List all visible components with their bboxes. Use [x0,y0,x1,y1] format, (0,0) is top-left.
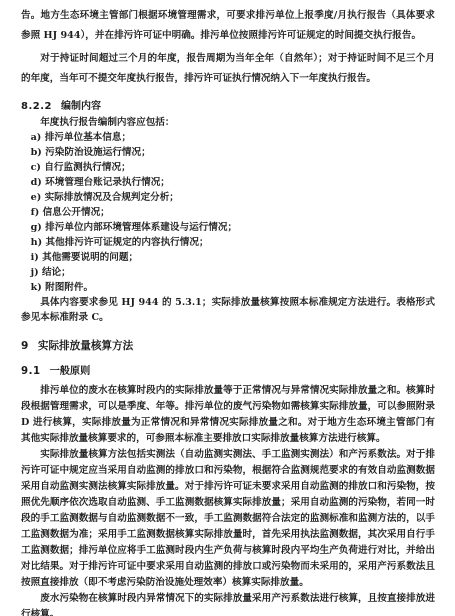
list-item-f: f) 信息公开情况； [21,205,435,220]
section-9-1-number: 9.1 [21,366,41,377]
list-item-a: a) 排污单位基本信息； [21,130,435,145]
section-9-heading: 9实际排放量核算方法 [21,338,435,353]
section-9-1-title: 一般原则 [50,366,91,377]
paragraph-general-principle-1: 排污单位的废水在核算时段内的实际排放量等于正常情况与异常情况实际排放量之和。核算… [21,383,435,447]
list-item-e: e) 实际排放情况及合规判定分析； [21,190,435,205]
list-item-j: j) 结论； [21,265,435,280]
document-page: 告。地方生态环境主管部门根据环境管理需求，可要求排污单位上报季度/月执行报告（具… [0,0,455,616]
annual-report-intro: 年度执行报告编制内容应包括： [21,115,435,130]
paragraph-content-requirements: 具体内容要求参见 HJ 944 的 5.3.1；实际排放量核算按照本标准规定方法… [21,295,435,325]
list-item-k: k) 附图附件。 [21,280,435,295]
section-9-1-heading: 9.1一般原则 [21,362,435,377]
list-item-g: g) 排污单位内部环境管理体系建设与运行情况； [21,220,435,235]
list-item-h: h) 其他排污许可证规定的内容执行情况； [21,235,435,250]
section-9-number: 9 [21,340,29,352]
list-item-b: b) 污染防治设施运行情况； [21,145,435,160]
section-8-2-2-heading: 8.2.2编制内容 [21,97,435,112]
section-9-title: 实际排放量核算方法 [38,340,133,352]
section-8-2-2-title: 编制内容 [61,101,101,112]
list-item-i: i) 其他需要说明的问题； [21,250,435,265]
paragraph-reporting-period: 对于持证时间超过三个月的年度，报告周期为当年全年（自然年）；对于持证时间不足三个… [21,49,435,89]
paragraph-general-principle-3: 废水污染物在核算时段内异常情况下的实际排放量采用产污系数法进行核算，且按直接排放… [21,591,435,616]
list-item-d: d) 环境管理台账记录执行情况； [21,175,435,190]
section-8-2-2-number: 8.2.2 [21,101,52,112]
list-item-c: c) 自行监测执行情况； [21,160,435,175]
paragraph-continued-from-previous-page: 告。地方生态环境主管部门根据环境管理需求，可要求排污单位上报季度/月执行报告（具… [21,6,435,46]
paragraph-general-principle-2: 实际排放量核算方法包括实测法（自动监测实测法、手工监测实测法）和产污系数法。对于… [21,447,435,591]
